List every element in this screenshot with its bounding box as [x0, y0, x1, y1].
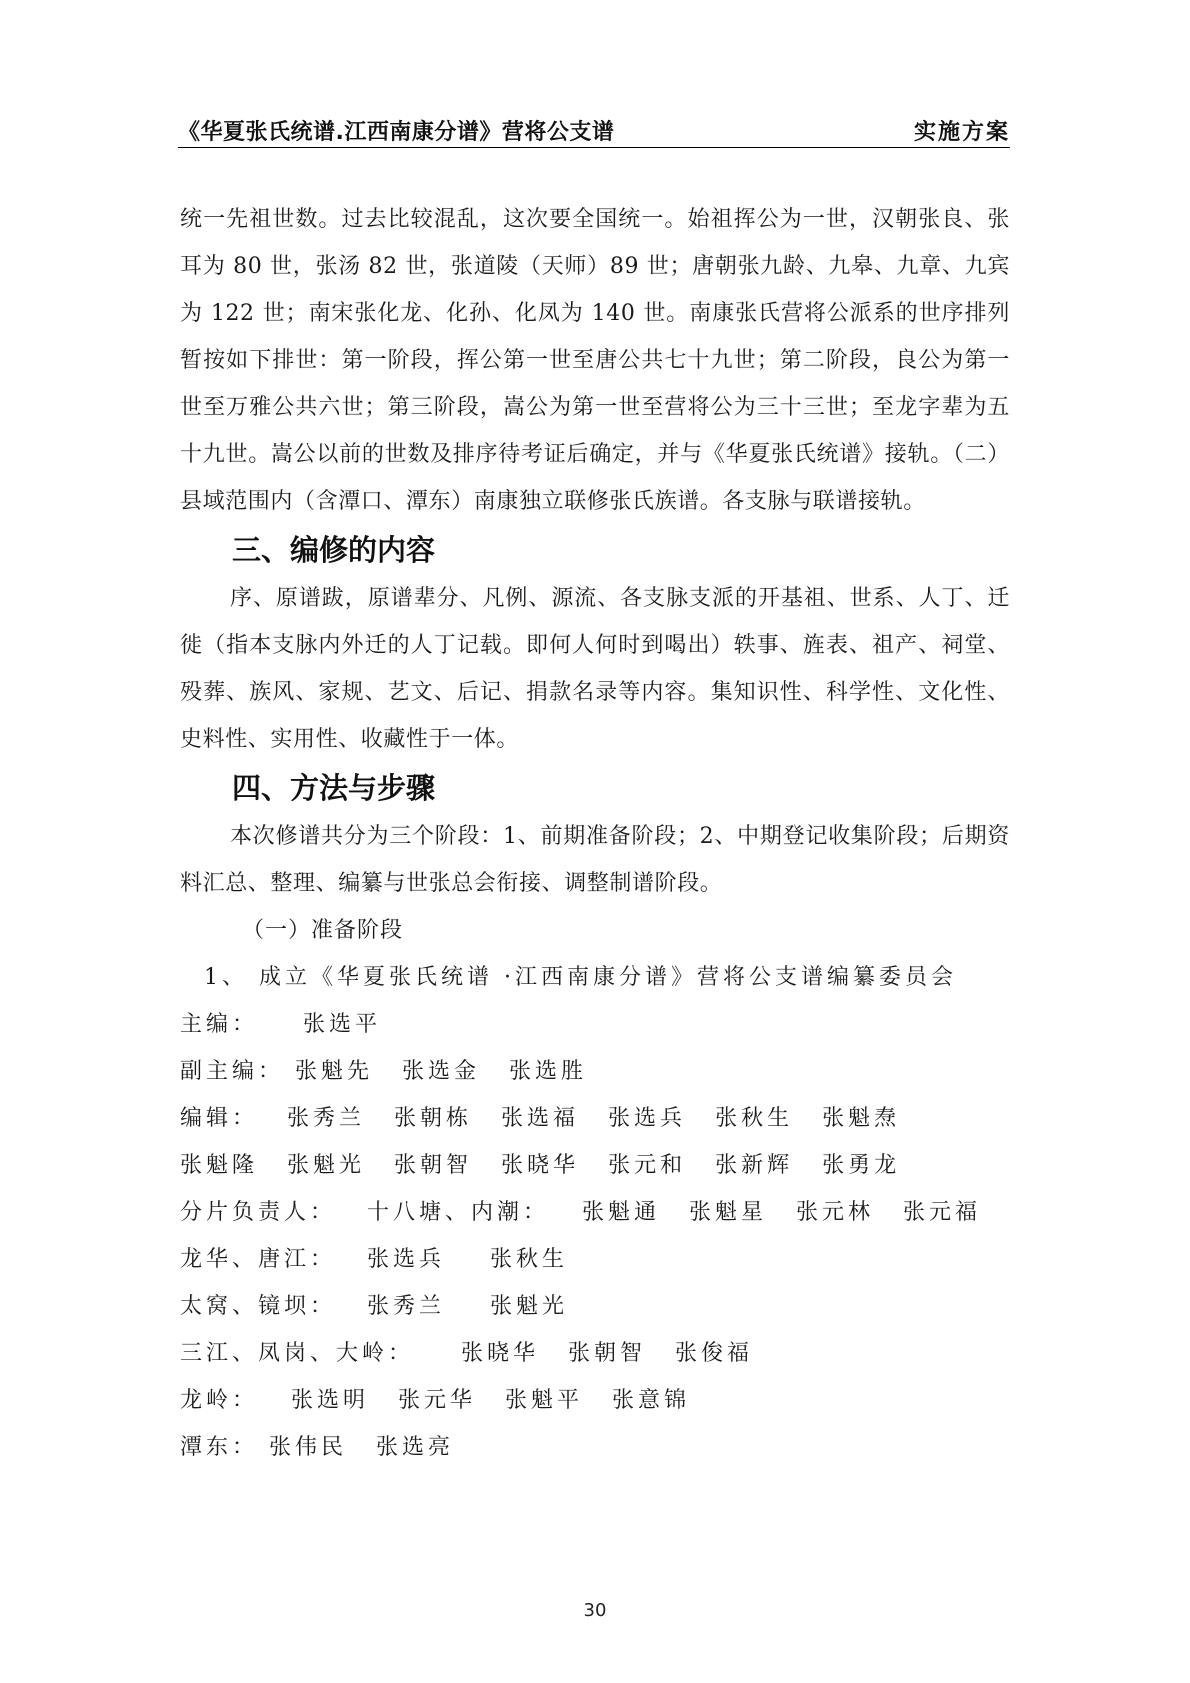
person-name: 张元华 — [398, 1377, 476, 1424]
chief-editor-row: 主编： 张选平 — [180, 1001, 1010, 1048]
person-name: 张晓华 — [461, 1330, 539, 1377]
area-row: 龙岭： 张选明 张元华 张魁平 张意锦 — [180, 1377, 1010, 1424]
person-name: 张秋生 — [715, 1095, 793, 1142]
person-name: 张魁先 — [295, 1048, 373, 1095]
person-name: 张魁平 — [505, 1377, 583, 1424]
person-name: 张选兵 — [608, 1095, 686, 1142]
area-label: 龙岭： — [180, 1377, 280, 1424]
deputy-editors-row: 副主编： 张魁先 张选金 张选胜 — [180, 1048, 1010, 1095]
person-name: 张选平 — [303, 1001, 381, 1048]
area-row: 潭东： 张伟民 张选亮 — [180, 1424, 1010, 1471]
section-4-heading: 四、方法与步骤 — [180, 763, 1010, 813]
page-header: 《华夏张氏统谱.江西南康分谱》营将公支谱 实施方案 — [178, 113, 1010, 148]
editors-label: 编辑： — [180, 1095, 276, 1142]
document-title: 《华夏张氏统谱.江西南康分谱》营将公支谱 — [178, 115, 614, 146]
area-label: 太窝、镜坝： — [180, 1283, 356, 1330]
chief-editor-label: 主编： — [180, 1001, 292, 1048]
editors-row-2: 张魁隆 张魁光 张朝智 张晓华 张元和 张新辉 张勇龙 — [180, 1142, 1010, 1189]
editors-row: 编辑： 张秀兰 张朝栋 张选福 张选兵 张秋生 张魁焘 — [180, 1095, 1010, 1142]
person-name: 张魁隆 — [180, 1142, 258, 1189]
person-name: 张新辉 — [715, 1142, 793, 1189]
person-name: 张朝智 — [394, 1142, 472, 1189]
person-name: 张魁焘 — [822, 1095, 900, 1142]
person-name: 张元和 — [608, 1142, 686, 1189]
person-name: 张魁星 — [689, 1189, 767, 1236]
person-name: 张选胜 — [509, 1048, 587, 1095]
person-name: 张选兵 — [367, 1236, 445, 1283]
person-name: 张朝栋 — [394, 1095, 472, 1142]
person-name: 张秀兰 — [367, 1283, 445, 1330]
area-label: 潭东： — [180, 1424, 258, 1471]
area-label: 龙华、唐江： — [180, 1236, 356, 1283]
person-name: 张秀兰 — [287, 1095, 365, 1142]
area-leads-row: 分片负责人： 十八塘、内潮： 张魁通 张魁星 张元林 张元福 — [180, 1189, 1010, 1236]
section-3-heading: 三、编修的内容 — [180, 525, 1010, 575]
person-name: 张魁光 — [287, 1142, 365, 1189]
person-name: 张俊福 — [675, 1330, 753, 1377]
section-3-paragraph: 序、原谱跋，原谱辈分、凡例、源流、各支脉支派的开基祖、世系、人丁、迁徙（指本支脉… — [180, 575, 1010, 763]
person-name: 张元福 — [903, 1189, 981, 1236]
person-name: 张魁通 — [582, 1189, 660, 1236]
person-name: 张选亮 — [376, 1424, 454, 1471]
area-label: 三江、凤岗、大岭： — [180, 1330, 450, 1377]
intro-paragraph: 统一先祖世数。过去比较混乱，这次要全国统一。始祖挥公为一世，汉朝张良、张耳为 8… — [180, 196, 1010, 525]
person-name: 张选明 — [291, 1377, 369, 1424]
person-name: 张元林 — [796, 1189, 874, 1236]
person-name: 张魁光 — [490, 1283, 568, 1330]
section-title: 实施方案 — [914, 115, 1010, 146]
person-name: 张朝智 — [568, 1330, 646, 1377]
list-item-1: 1、 成立《华夏张氏统谱 ·江西南康分谱》营将公支谱编纂委员会 — [180, 954, 1010, 1001]
page-number: 30 — [0, 1600, 1190, 1621]
person-name: 张选福 — [501, 1095, 579, 1142]
area-row: 三江、凤岗、大岭： 张晓华 张朝智 张俊福 — [180, 1330, 1010, 1377]
area-row: 龙华、唐江： 张选兵 张秋生 — [180, 1236, 1010, 1283]
person-name: 张勇龙 — [822, 1142, 900, 1189]
area-row: 太窝、镜坝： 张秀兰 张魁光 — [180, 1283, 1010, 1330]
area-leads-label: 分片负责人： — [180, 1189, 356, 1236]
page-body: 统一先祖世数。过去比较混乱，这次要全国统一。始祖挥公为一世，汉朝张良、张耳为 8… — [180, 196, 1010, 1471]
person-name: 张意锦 — [612, 1377, 690, 1424]
area-label: 十八塘、内潮： — [367, 1189, 571, 1236]
subsection-heading: （一）准备阶段 — [180, 907, 1010, 954]
deputy-editors-label: 副主编： — [180, 1048, 284, 1095]
person-name: 张秋生 — [490, 1236, 568, 1283]
person-name: 张伟民 — [269, 1424, 347, 1471]
person-name: 张选金 — [402, 1048, 480, 1095]
section-4-paragraph: 本次修谱共分为三个阶段：1、前期准备阶段；2、中期登记收集阶段；后期资料汇总、整… — [180, 813, 1010, 907]
person-name: 张晓华 — [501, 1142, 579, 1189]
